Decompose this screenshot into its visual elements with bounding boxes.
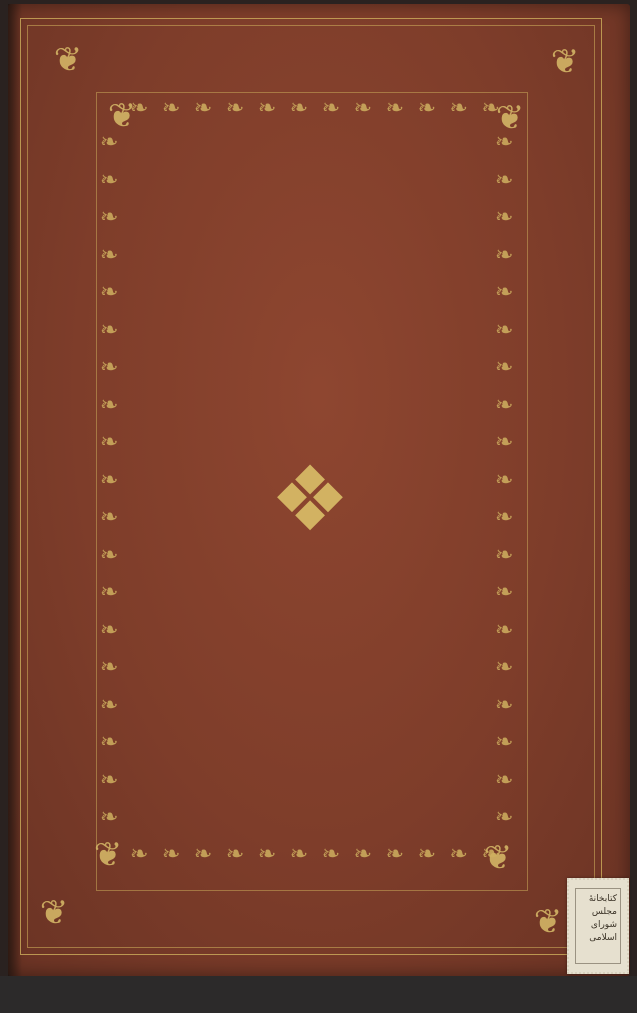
ornament: ❧	[100, 243, 118, 268]
ornament: ❧	[495, 693, 513, 718]
center-fleuron-ornament: ❖	[250, 435, 370, 565]
ornament: ❧	[495, 618, 513, 643]
ornament: ❧	[290, 842, 308, 867]
ornament: ❧	[354, 96, 372, 121]
frame-corner-bottom-left: ❦	[88, 835, 128, 875]
corner-ornament-top-right: ❦	[545, 42, 585, 82]
ornament: ❧	[495, 318, 513, 343]
ornament: ❧	[354, 842, 372, 867]
top-border-ornaments: ❧❧❧❧❧❧❧❧❧❧❧❧	[130, 96, 500, 121]
bottom-border-ornaments: ❧❧❧❧❧❧❧❧❧❧❧❧	[130, 842, 500, 867]
ornament: ❧	[495, 505, 513, 530]
ornament: ❧	[495, 430, 513, 455]
ornament: ❧	[162, 842, 180, 867]
ornament: ❧	[100, 730, 118, 755]
label-line: کتابخانهٔ	[579, 893, 617, 906]
ornament: ❧	[495, 543, 513, 568]
ornament: ❧	[194, 842, 212, 867]
ornament: ❧	[495, 805, 513, 830]
ornament: ❧	[258, 842, 276, 867]
ornament: ❧	[130, 842, 148, 867]
ornament: ❧	[226, 96, 244, 121]
ornament: ❧	[495, 168, 513, 193]
ornament: ❧	[100, 618, 118, 643]
ornament: ❧	[100, 543, 118, 568]
ornament: ❧	[495, 468, 513, 493]
ornament: ❧	[495, 768, 513, 793]
ornament: ❧	[162, 96, 180, 121]
ornament: ❧	[386, 96, 404, 121]
ornament: ❧	[495, 580, 513, 605]
ornament: ❧	[495, 655, 513, 680]
ornament: ❧	[450, 96, 468, 121]
library-label: کتابخانهٔ مجلس شورای اسلامی	[567, 878, 629, 974]
right-border-ornaments: ❧❧❧❧❧❧❧❧❧❧❧❧❧❧❧❧❧❧❧	[495, 130, 513, 830]
corner-ornament-bottom-right: ❦	[528, 902, 568, 942]
ornament: ❧	[100, 130, 118, 155]
ornament: ❧	[495, 355, 513, 380]
ornament: ❧	[386, 842, 404, 867]
ornament: ❧	[100, 468, 118, 493]
ornament: ❧	[226, 842, 244, 867]
ornament: ❧	[100, 768, 118, 793]
background-table	[0, 976, 637, 1013]
ornament: ❧	[322, 842, 340, 867]
label-line: اسلامی	[579, 932, 617, 945]
ornament: ❧	[322, 96, 340, 121]
ornament: ❧	[100, 205, 118, 230]
ornament: ❧	[100, 318, 118, 343]
ornament: ❧	[481, 842, 499, 867]
ornament: ❧	[495, 130, 513, 155]
ornament: ❧	[495, 243, 513, 268]
corner-ornament-bottom-left: ❦	[34, 893, 74, 933]
ornament: ❧	[418, 96, 436, 121]
ornament: ❧	[100, 393, 118, 418]
ornament: ❧	[481, 96, 499, 121]
ornament: ❧	[100, 355, 118, 380]
corner-ornament-top-left: ❦	[48, 40, 88, 80]
ornament: ❧	[100, 505, 118, 530]
ornament: ❧	[100, 168, 118, 193]
ornament: ❧	[495, 205, 513, 230]
ornament: ❧	[100, 580, 118, 605]
ornament: ❧	[100, 655, 118, 680]
ornament: ❧	[194, 96, 212, 121]
ornament: ❧	[100, 280, 118, 305]
ornament: ❧	[450, 842, 468, 867]
ornament: ❧	[495, 280, 513, 305]
label-line: مجلس شورای	[579, 906, 617, 932]
library-label-text: کتابخانهٔ مجلس شورای اسلامی	[575, 888, 621, 964]
ornament: ❧	[290, 96, 308, 121]
ornament: ❧	[418, 842, 436, 867]
left-border-ornaments: ❧❧❧❧❧❧❧❧❧❧❧❧❧❧❧❧❧❧❧	[100, 130, 118, 830]
ornament: ❧	[495, 393, 513, 418]
ornament: ❧	[258, 96, 276, 121]
ornament: ❧	[495, 730, 513, 755]
ornament: ❧	[100, 805, 118, 830]
ornament: ❧	[100, 430, 118, 455]
ornament: ❧	[100, 693, 118, 718]
ornament: ❧	[130, 96, 148, 121]
